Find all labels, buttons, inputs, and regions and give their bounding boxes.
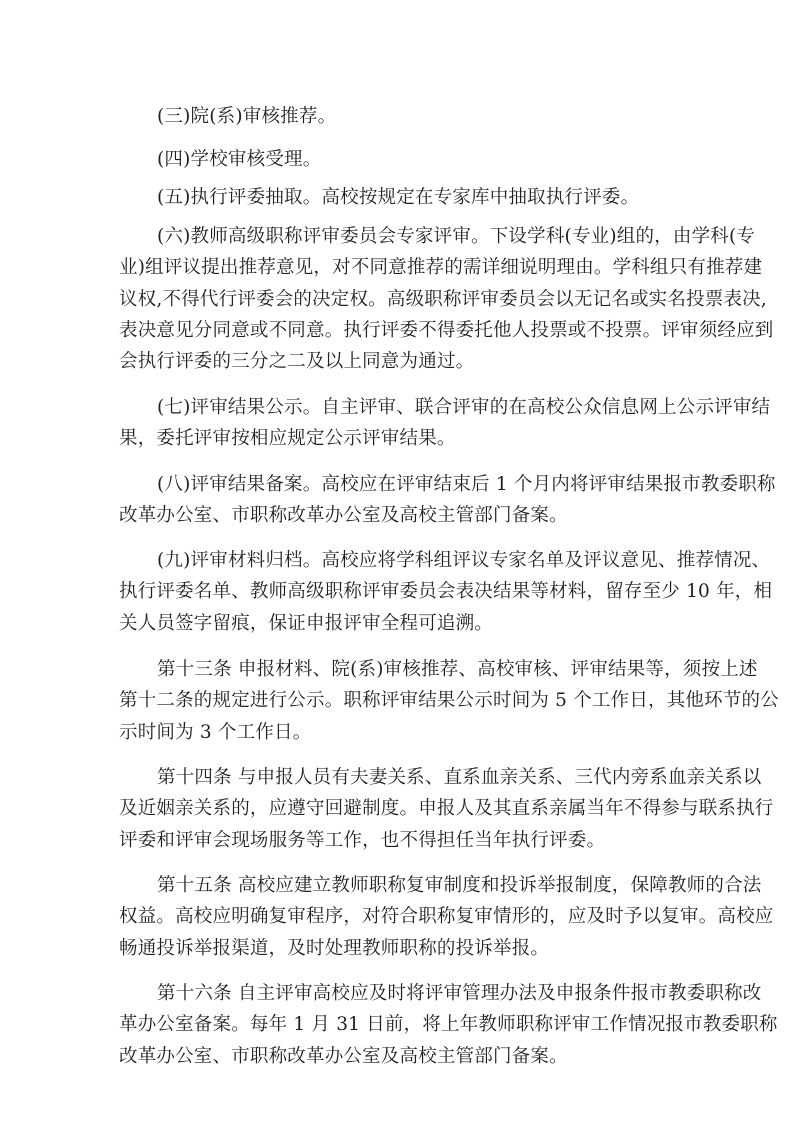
text-line: 改革办公室、市职称改革办公室及高校主管部门备案。 xyxy=(119,500,677,531)
text-line: 示时间为 3 个工作日。 xyxy=(119,717,677,748)
paragraph-item-3-dept-review: (三)院(系)审核推荐。 xyxy=(119,101,677,132)
text-line: 第十五条 高校应建立教师职称复审制度和投诉举报制度，保障教师的合法 xyxy=(119,870,677,901)
text-line: 革办公室备案。每年 1 月 31 日前，将上年教师职称评审工作情况报市教委职称 xyxy=(119,1009,677,1040)
text-line: (五)执行评委抽取。高校按规定在专家库中抽取执行评委。 xyxy=(119,182,677,213)
text-line: 及近姻亲关系的，应遵守回避制度。申报人及其直系亲属当年不得参与联系执行 xyxy=(119,793,677,824)
text-line: 议权,不得代行评委会的决定权。高级职称评审委员会以无记名或实名投票表决, xyxy=(119,284,677,315)
paragraph-item-6-expert-review: (六)教师高级职称评审委员会专家评审。下设学科(专业)组的，由学科(专 业)组评… xyxy=(119,221,677,377)
text-line: 表决意见分同意或不同意。执行评委不得委托他人投票或不投票。评审须经应到 xyxy=(119,315,677,346)
paragraph-article-14: 第十四条 与申报人员有夫妻关系、直系血亲关系、三代内旁系血亲关系以 及近姻亲关系… xyxy=(119,762,677,856)
text-line: 第十四条 与申报人员有夫妻关系、直系血亲关系、三代内旁系血亲关系以 xyxy=(119,762,677,793)
text-line: 会执行评委的三分之二及以上同意为通过。 xyxy=(119,346,677,377)
text-line: 果，委托评审按相应规定公示评审结果。 xyxy=(119,423,677,454)
text-line: 畅通投诉举报渠道，及时处理教师职称的投诉举报。 xyxy=(119,933,677,964)
text-line: (六)教师高级职称评审委员会专家评审。下设学科(专业)组的，由学科(专 xyxy=(119,221,677,252)
paragraph-article-15: 第十五条 高校应建立教师职称复审制度和投诉举报制度，保障教师的合法 权益。高校应… xyxy=(119,870,677,964)
text-line: 改革办公室、市职称改革办公室及高校主管部门备案。 xyxy=(119,1041,677,1072)
text-line: (八)评审结果备案。高校应在评审结束后 1 个月内将评审结果报市教委职称 xyxy=(119,469,677,500)
text-line: 第十二条的规定进行公示。职称评审结果公示时间为 5 个工作日，其他环节的公 xyxy=(119,685,677,716)
text-line: 第十三条 申报材料、院(系)审核推荐、高校审核、评审结果等，须按上述 xyxy=(119,654,677,685)
paragraph-item-9-archiving: (九)评审材料归档。高校应将学科组评议专家名单及评议意见、推荐情况、 执行评委名… xyxy=(119,545,677,639)
document-page: (三)院(系)审核推荐。 (四)学校审核受理。 (五)执行评委抽取。高校按规定在… xyxy=(0,0,793,1122)
text-line: 评委和评审会现场服务等工作，也不得担任当年执行评委。 xyxy=(119,825,677,856)
text-line: 执行评委名单、教师高级职称评审委员会表决结果等材料，留存至少 10 年，相 xyxy=(119,576,677,607)
paragraph-item-5-judge-selection: (五)执行评委抽取。高校按规定在专家库中抽取执行评委。 xyxy=(119,182,677,213)
text-line: 权益。高校应明确复审程序，对符合职称复审情形的，应及时予以复审。高校应 xyxy=(119,901,677,932)
paragraph-item-8-result-filing: (八)评审结果备案。高校应在评审结束后 1 个月内将评审结果报市教委职称 改革办… xyxy=(119,469,677,532)
text-line: (三)院(系)审核推荐。 xyxy=(119,101,677,132)
paragraph-item-7-result-publicity: (七)评审结果公示。自主评审、联合评审的在高校公众信息网上公示评审结 果，委托评… xyxy=(119,392,677,455)
paragraph-article-13: 第十三条 申报材料、院(系)审核推荐、高校审核、评审结果等，须按上述 第十二条的… xyxy=(119,654,677,748)
text-line: 业)组评议提出推荐意见，对不同意推荐的需详细说明理由。学科组只有推荐建 xyxy=(119,252,677,283)
paragraph-article-16: 第十六条 自主评审高校应及时将评审管理办法及申报条件报市教委职称改 革办公室备案… xyxy=(119,978,677,1072)
text-line: (九)评审材料归档。高校应将学科组评议专家名单及评议意见、推荐情况、 xyxy=(119,545,677,576)
text-line: (四)学校审核受理。 xyxy=(119,144,677,175)
paragraph-item-4-school-review: (四)学校审核受理。 xyxy=(119,144,677,175)
text-line: 关人员签字留痕，保证申报评审全程可追溯。 xyxy=(119,608,677,639)
text-line: 第十六条 自主评审高校应及时将评审管理办法及申报条件报市教委职称改 xyxy=(119,978,677,1009)
text-line: (七)评审结果公示。自主评审、联合评审的在高校公众信息网上公示评审结 xyxy=(119,392,677,423)
